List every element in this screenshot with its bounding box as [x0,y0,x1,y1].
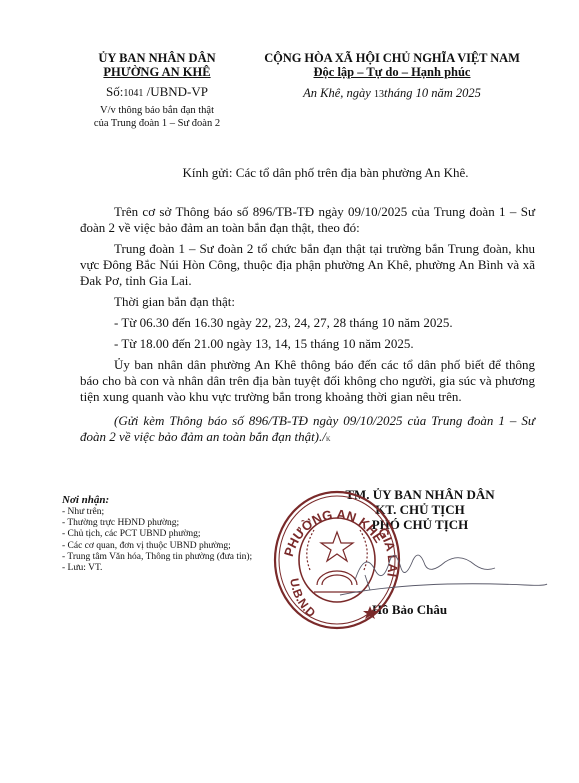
signature-line1: TM. ỦY BAN NHÂN DÂN [300,487,540,502]
distribution-item: - Như trên; [62,507,322,518]
distribution-item: - Trung tâm Văn hóa, Thông tin phường (đ… [62,552,322,563]
signature-line3: PHÓ CHỦ TỊCH [300,517,540,532]
body-paragraph-notice: Ủy ban nhân dân phường An Khê thông báo … [80,357,535,405]
distribution-item: - Chủ tịch, các PCT UBND phường; [62,529,322,540]
body-paragraph-firing-location: Trung đoàn 1 – Sư đoàn 2 tổ chức bắn đạn… [80,241,535,289]
number-suffix: /UBND-VP [143,84,208,99]
date-prefix: An Khê, ngày [303,86,374,100]
national-header: CỘNG HÒA XÃ HỘI CHỦ NGHĨA VIỆT NAM Độc l… [247,51,537,103]
number-value: 1041 [123,88,143,99]
national-motto: Độc lập – Tự do – Hạnh phúc [247,65,537,80]
distribution-item: - Các cơ quan, đơn vị thuộc UBND phường; [62,541,322,552]
issue-date: An Khê, ngày 13tháng 10 năm 2025 [247,85,537,103]
svg-text:U.B.N.D: U.B.N.D [287,577,318,620]
handwritten-signature-icon [335,540,550,600]
subject-line1: V/v thông báo bắn đạn thật [62,105,252,118]
signer-name: Hồ Bảo Châu [372,602,447,618]
schedule-item: - Từ 06.30 đến 16.30 ngày 22, 23, 24, 27… [80,315,535,331]
svg-text:GIA LAI: GIA LAI [375,525,400,578]
signature-block: TM. ỦY BAN NHÂN DÂN KT. CHỦ TỊCH PHÓ CHỦ… [300,487,540,532]
attachment-note: (Gửi kèm Thông báo số 896/TB-TĐ ngày 09/… [80,413,535,446]
date-day: 13 [374,89,384,100]
number-label: Số: [106,84,123,99]
issuer-org-line1: ỦY BAN NHÂN DÂN [62,51,252,65]
recipient-line: Kính gửi: Các tổ dân phố trên địa bàn ph… [0,165,579,181]
body-paragraph-time-heading: Thời gian bắn đạn thật: [80,294,535,310]
nation-name: CỘNG HÒA XÃ HỘI CHỦ NGHĨA VIỆT NAM [247,51,537,65]
distribution-title: Nơi nhận: [62,494,322,507]
schedule-item: - Từ 18.00 đến 21.00 ngày 13, 14, 15 thá… [80,336,535,352]
initials-mark: ĸ [326,433,331,443]
distribution-item: - Lưu: VT. [62,563,322,574]
distribution-item: - Thường trực HĐND phường; [62,518,322,529]
signature-line2: KT. CHỦ TỊCH [300,502,540,517]
issuer-org-name: PHƯỜNG AN KHÊ [103,65,210,79]
issuer-org-line2: PHƯỜNG AN KHÊ [62,65,252,79]
distribution-list: Nơi nhận: - Như trên; - Thường trực HĐND… [62,494,322,574]
document-body: Trên cơ sở Thông báo số 896/TB-TĐ ngày 0… [80,204,535,451]
subject-line2: của Trung đoàn 1 – Sư đoàn 2 [62,118,252,131]
body-paragraph-basis: Trên cơ sở Thông báo số 896/TB-TĐ ngày 0… [80,204,535,236]
document-number: Số:1041 /UBND-VP [62,84,252,102]
date-suffix: tháng 10 năm 2025 [384,86,481,100]
attachment-note-text: (Gửi kèm Thông báo số 896/TB-TĐ ngày 09/… [80,413,535,444]
issuer-block: ỦY BAN NHÂN DÂN PHƯỜNG AN KHÊ Số:1041 /U… [62,51,252,130]
